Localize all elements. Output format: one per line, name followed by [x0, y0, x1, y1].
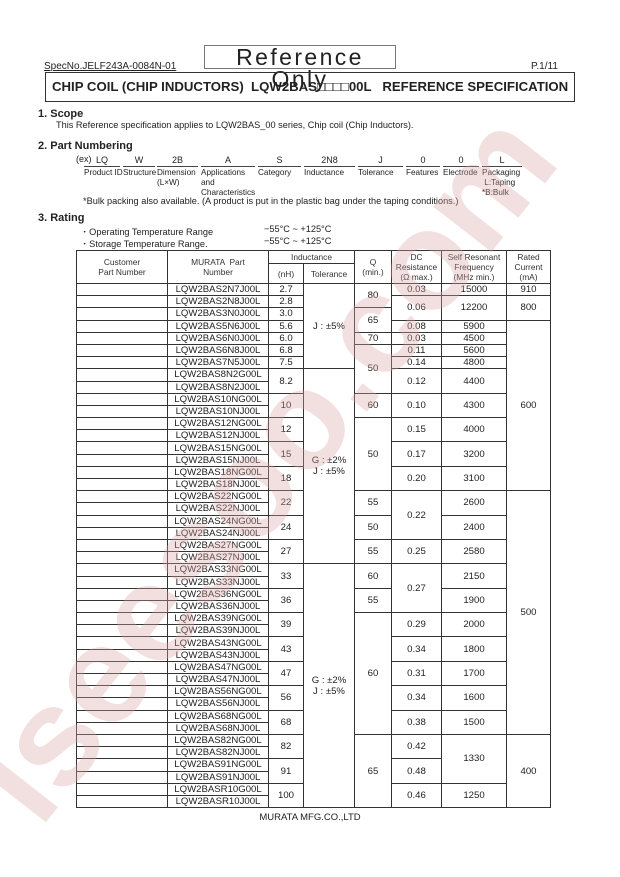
col-murata-part: MURATA Part Number: [168, 251, 269, 284]
page-number: P.1/11: [531, 61, 558, 72]
part-field-label: Inductance: [304, 167, 355, 178]
part-field-value: L: [482, 155, 522, 167]
self-resonant-frequency-cell: 3200: [442, 442, 507, 466]
murata-part-cell: LQW2BAS15NJ00L: [168, 454, 269, 466]
murata-part-cell: LQW2BAS33NJ00L: [168, 576, 269, 588]
part-field-label: Tolerance: [358, 167, 403, 178]
part-field-label: Electrode: [443, 167, 479, 178]
murata-part-cell: LQW2BAS7N5J00L: [168, 357, 269, 369]
part-field-label: Applications and Characteristics: [201, 167, 255, 198]
murata-part-cell: LQW2BASR10G00L: [168, 783, 269, 795]
part-field-label: Packaging L:Taping *B:Bulk: [482, 167, 522, 198]
storage-temp-label: ・Storage Temperature Range.: [80, 236, 208, 250]
dc-resistance-cell: 0.34: [392, 686, 442, 710]
customer-part-cell: [77, 674, 168, 686]
part-field-value: A: [201, 155, 255, 167]
murata-part-cell: LQW2BAS39NJ00L: [168, 625, 269, 637]
part-field-value: 2N8: [304, 155, 355, 167]
customer-part-cell: [77, 454, 168, 466]
document-title: CHIP COIL (CHIP INDUCTORS) LQW2BAS□□□□00…: [45, 72, 575, 102]
customer-part-cell: [77, 479, 168, 491]
murata-part-cell: LQW2BAS68NJ00L: [168, 722, 269, 734]
part-field-packaging: LPackaging L:Taping *B:Bulk: [482, 155, 522, 198]
q-min-cell: 50: [355, 418, 392, 491]
customer-part-cell: [77, 357, 168, 369]
inductance-nh-cell: 12: [269, 418, 304, 442]
murata-part-cell: LQW2BAS15NG00L: [168, 442, 269, 454]
part-field-category: SCategory: [258, 155, 301, 178]
customer-part-cell: [77, 795, 168, 807]
customer-part-cell: [77, 698, 168, 710]
customer-part-cell: [77, 649, 168, 661]
col-nh: (nH): [269, 264, 304, 284]
customer-part-cell: [77, 552, 168, 564]
murata-part-cell: LQW2BAS24NJ00L: [168, 527, 269, 539]
inductance-nh-cell: 33: [269, 564, 304, 588]
self-resonant-frequency-cell: 2400: [442, 515, 507, 539]
murata-part-cell: LQW2BAS6N0J00L: [168, 332, 269, 344]
dc-resistance-cell: 0.14: [392, 357, 442, 369]
customer-part-cell: [77, 637, 168, 649]
self-resonant-frequency-cell: 1900: [442, 588, 507, 612]
q-min-cell: 55: [355, 491, 392, 515]
murata-part-cell: LQW2BAS91NJ00L: [168, 771, 269, 783]
customer-part-cell: [77, 710, 168, 722]
q-min-cell: 80: [355, 284, 392, 308]
murata-part-cell: LQW2BAS10NG00L: [168, 393, 269, 405]
inductance-nh-cell: 100: [269, 783, 304, 807]
self-resonant-frequency-cell: 2580: [442, 539, 507, 563]
part-field-electrode: 0Electrode: [443, 155, 479, 178]
murata-part-cell: LQW2BAS33NG00L: [168, 564, 269, 576]
scope-text: This Reference specification applies to …: [56, 120, 413, 130]
rated-current-cell: 800: [507, 296, 551, 320]
col-tolerance: Tolerance: [304, 264, 355, 284]
murata-part-cell: LQW2BAS47NG00L: [168, 661, 269, 673]
col-inductance: Inductance: [269, 251, 355, 264]
inductance-nh-cell: 24: [269, 515, 304, 539]
customer-part-cell: [77, 576, 168, 588]
rated-current-cell: 600: [507, 320, 551, 491]
customer-part-cell: [77, 686, 168, 698]
inductance-nh-cell: 18: [269, 466, 304, 490]
dc-resistance-cell: 0.10: [392, 393, 442, 417]
customer-part-cell: [77, 600, 168, 612]
self-resonant-frequency-cell: 4800: [442, 357, 507, 369]
customer-part-cell: [77, 466, 168, 478]
part-field-label: Structure: [123, 167, 155, 178]
inductance-nh-cell: 39: [269, 613, 304, 637]
q-min-cell: 65: [355, 308, 392, 332]
customer-part-cell: [77, 527, 168, 539]
inductance-nh-cell: 3.0: [269, 308, 304, 320]
murata-part-cell: LQW2BAS8N2G00L: [168, 369, 269, 381]
customer-part-cell: [77, 722, 168, 734]
reference-only-stamp: Reference Only: [204, 45, 396, 69]
customer-part-cell: [77, 759, 168, 771]
part-field-label: Dimension (L×W): [157, 167, 198, 188]
self-resonant-frequency-cell: 1700: [442, 661, 507, 685]
col-rated-current: Rated Current (mA): [507, 251, 551, 284]
q-min-cell: 60: [355, 393, 392, 417]
col-dc-resistance: DC Resistance (Ω max.): [392, 251, 442, 284]
customer-part-cell: [77, 588, 168, 600]
part-field-value: LQ: [84, 155, 120, 167]
bulk-note: *Bulk packing also available. (A product…: [83, 196, 458, 206]
table-row: LQW2BAS33NG00L33G : ±2% J : ±5%600.27215…: [77, 564, 551, 576]
inductance-nh-cell: 56: [269, 686, 304, 710]
self-resonant-frequency-cell: 4000: [442, 418, 507, 442]
self-resonant-frequency-cell: 4300: [442, 393, 507, 417]
table-row: LQW2BAS2N7J00L2.7J : ±5%800.0315000910: [77, 284, 551, 296]
q-min-cell: 50: [355, 515, 392, 539]
q-min-cell: 55: [355, 588, 392, 612]
murata-part-cell: LQW2BAS5N6J00L: [168, 320, 269, 332]
part-field-tolerance: JTolerance: [358, 155, 403, 178]
customer-part-cell: [77, 491, 168, 503]
part-field-label: Category: [258, 167, 301, 178]
dc-resistance-cell: 0.12: [392, 369, 442, 393]
self-resonant-frequency-cell: 4500: [442, 332, 507, 344]
inductance-nh-cell: 91: [269, 759, 304, 783]
customer-part-cell: [77, 308, 168, 320]
rating-heading: 3. Rating: [38, 212, 84, 224]
customer-part-cell: [77, 418, 168, 430]
dc-resistance-cell: 0.20: [392, 466, 442, 490]
self-resonant-frequency-cell: 12200: [442, 296, 507, 320]
inductance-nh-cell: 6.8: [269, 344, 304, 356]
customer-part-cell: [77, 783, 168, 795]
self-resonant-frequency-cell: 2150: [442, 564, 507, 588]
part-field-features: 0Features: [406, 155, 440, 178]
inductance-nh-cell: 36: [269, 588, 304, 612]
murata-part-cell: LQW2BASR10J00L: [168, 795, 269, 807]
murata-part-cell: LQW2BAS82NG00L: [168, 734, 269, 746]
murata-part-cell: LQW2BAS18NJ00L: [168, 479, 269, 491]
dc-resistance-cell: 0.29: [392, 613, 442, 637]
customer-part-cell: [77, 747, 168, 759]
inductance-nh-cell: 6.0: [269, 332, 304, 344]
dc-resistance-cell: 0.11: [392, 344, 442, 356]
inductance-nh-cell: 43: [269, 637, 304, 661]
murata-part-cell: LQW2BAS22NJ00L: [168, 503, 269, 515]
customer-part-cell: [77, 442, 168, 454]
murata-part-cell: LQW2BAS27NG00L: [168, 539, 269, 551]
inductance-nh-cell: 7.5: [269, 357, 304, 369]
inductance-nh-cell: 82: [269, 734, 304, 758]
self-resonant-frequency-cell: 5900: [442, 320, 507, 332]
customer-part-cell: [77, 405, 168, 417]
customer-part-cell: [77, 771, 168, 783]
part-numbering-heading: 2. Part Numbering: [38, 140, 133, 152]
part-field-value: S: [258, 155, 301, 167]
customer-part-cell: [77, 393, 168, 405]
murata-part-cell: LQW2BAS3N0J00L: [168, 308, 269, 320]
customer-part-cell: [77, 296, 168, 308]
customer-part-cell: [77, 369, 168, 381]
murata-part-cell: LQW2BAS18NG00L: [168, 466, 269, 478]
customer-part-cell: [77, 613, 168, 625]
murata-part-cell: LQW2BAS43NG00L: [168, 637, 269, 649]
footer-company: MURATA MFG.CO.,LTD: [0, 812, 620, 823]
tolerance-cell: G : ±2% J : ±5%: [304, 369, 355, 564]
inductance-nh-cell: 2.7: [269, 284, 304, 296]
murata-part-cell: LQW2BAS36NG00L: [168, 588, 269, 600]
dc-resistance-cell: 0.03: [392, 332, 442, 344]
col-customer-part: Customer Part Number: [77, 251, 168, 284]
dc-resistance-cell: 0.31: [392, 661, 442, 685]
customer-part-cell: [77, 430, 168, 442]
customer-part-cell: [77, 381, 168, 393]
murata-part-cell: LQW2BAS47NJ00L: [168, 674, 269, 686]
murata-part-cell: LQW2BAS56NJ00L: [168, 698, 269, 710]
murata-part-cell: LQW2BAS2N8J00L: [168, 296, 269, 308]
customer-part-cell: [77, 661, 168, 673]
dc-resistance-cell: 0.17: [392, 442, 442, 466]
inductance-nh-cell: 68: [269, 710, 304, 734]
dc-resistance-cell: 0.22: [392, 491, 442, 540]
q-min-cell: 50: [355, 344, 392, 393]
murata-part-cell: LQW2BAS6N8J00L: [168, 344, 269, 356]
customer-part-cell: [77, 625, 168, 637]
murata-part-cell: LQW2BAS12NG00L: [168, 418, 269, 430]
inductance-nh-cell: 10: [269, 393, 304, 417]
col-self-resonant-frequency: Self Resonant Frequency (MHz min.): [442, 251, 507, 284]
self-resonant-frequency-cell: 1330: [442, 734, 507, 783]
customer-part-cell: [77, 503, 168, 515]
dc-resistance-cell: 0.38: [392, 710, 442, 734]
tolerance-cell: G : ±2% J : ±5%: [304, 564, 355, 808]
dc-resistance-cell: 0.48: [392, 759, 442, 783]
self-resonant-frequency-cell: 1250: [442, 783, 507, 807]
self-resonant-frequency-cell: 15000: [442, 284, 507, 296]
murata-part-cell: LQW2BAS27NJ00L: [168, 552, 269, 564]
part-field-value: 2B: [157, 155, 198, 167]
customer-part-cell: [77, 284, 168, 296]
col-q: Q (min.): [355, 251, 392, 284]
part-field-product-id: LQProduct ID: [84, 155, 120, 178]
murata-part-cell: LQW2BAS8N2J00L: [168, 381, 269, 393]
q-min-cell: 60: [355, 613, 392, 735]
customer-part-cell: [77, 515, 168, 527]
dc-resistance-cell: 0.46: [392, 783, 442, 807]
part-field-applications: AApplications and Characteristics: [201, 155, 255, 198]
self-resonant-frequency-cell: 2000: [442, 613, 507, 637]
operating-temp-value: −55°C ~ +125°C: [264, 224, 331, 234]
customer-part-cell: [77, 344, 168, 356]
customer-part-cell: [77, 564, 168, 576]
tolerance-cell: J : ±5%: [304, 284, 355, 369]
scope-heading: 1. Scope: [38, 108, 83, 120]
dc-resistance-cell: 0.42: [392, 734, 442, 758]
self-resonant-frequency-cell: 1500: [442, 710, 507, 734]
customer-part-cell: [77, 734, 168, 746]
part-field-value: J: [358, 155, 403, 167]
inductance-nh-cell: 2.8: [269, 296, 304, 308]
inductance-nh-cell: 47: [269, 661, 304, 685]
customer-part-cell: [77, 539, 168, 551]
q-min-cell: 65: [355, 734, 392, 807]
self-resonant-frequency-cell: 5600: [442, 344, 507, 356]
rated-current-cell: 500: [507, 491, 551, 735]
part-field-value: 0: [406, 155, 440, 167]
dc-resistance-cell: 0.06: [392, 296, 442, 320]
part-field-value: W: [123, 155, 155, 167]
part-field-value: 0: [443, 155, 479, 167]
q-min-cell: 70: [355, 332, 392, 344]
dc-resistance-cell: 0.34: [392, 637, 442, 661]
customer-part-cell: [77, 320, 168, 332]
part-field-structure: WStructure: [123, 155, 155, 178]
murata-part-cell: LQW2BAS36NJ00L: [168, 600, 269, 612]
spec-number: SpecNo.JELF243A-0084N-01: [44, 61, 176, 72]
murata-part-cell: LQW2BAS12NJ00L: [168, 430, 269, 442]
murata-part-cell: LQW2BAS91NG00L: [168, 759, 269, 771]
inductance-nh-cell: 5.6: [269, 320, 304, 332]
self-resonant-frequency-cell: 2600: [442, 491, 507, 515]
dc-resistance-cell: 0.03: [392, 284, 442, 296]
murata-part-cell: LQW2BAS2N7J00L: [168, 284, 269, 296]
murata-part-cell: LQW2BAS24NG00L: [168, 515, 269, 527]
self-resonant-frequency-cell: 3100: [442, 466, 507, 490]
part-field-inductance: 2N8Inductance: [304, 155, 355, 178]
murata-part-cell: LQW2BAS22NG00L: [168, 491, 269, 503]
customer-part-cell: [77, 332, 168, 344]
murata-part-cell: LQW2BAS10NJ00L: [168, 405, 269, 417]
murata-part-cell: LQW2BAS82NJ00L: [168, 747, 269, 759]
dc-resistance-cell: 0.08: [392, 320, 442, 332]
self-resonant-frequency-cell: 1800: [442, 637, 507, 661]
storage-temp-value: −55°C ~ +125°C: [264, 236, 331, 246]
self-resonant-frequency-cell: 4400: [442, 369, 507, 393]
dc-resistance-cell: 0.15: [392, 418, 442, 442]
table-row: LQW2BAS8N2G00L8.2G : ±2% J : ±5%0.124400: [77, 369, 551, 381]
murata-part-cell: LQW2BAS68NG00L: [168, 710, 269, 722]
part-field-label: Features: [406, 167, 440, 178]
part-field-dimension: 2BDimension (L×W): [157, 155, 198, 188]
dc-resistance-cell: 0.25: [392, 539, 442, 563]
self-resonant-frequency-cell: 1600: [442, 686, 507, 710]
murata-part-cell: LQW2BAS56NG00L: [168, 686, 269, 698]
q-min-cell: 60: [355, 564, 392, 588]
dc-resistance-cell: 0.27: [392, 564, 442, 613]
inductance-nh-cell: 27: [269, 539, 304, 563]
rated-current-cell: 400: [507, 734, 551, 807]
q-min-cell: 55: [355, 539, 392, 563]
rating-table: Customer Part Number MURATA Part Number …: [76, 250, 551, 808]
murata-part-cell: LQW2BAS43NJ00L: [168, 649, 269, 661]
inductance-nh-cell: 15: [269, 442, 304, 466]
murata-part-cell: LQW2BAS39NG00L: [168, 613, 269, 625]
inductance-nh-cell: 8.2: [269, 369, 304, 393]
rated-current-cell: 910: [507, 284, 551, 296]
part-field-label: Product ID: [84, 167, 120, 178]
inductance-nh-cell: 22: [269, 491, 304, 515]
